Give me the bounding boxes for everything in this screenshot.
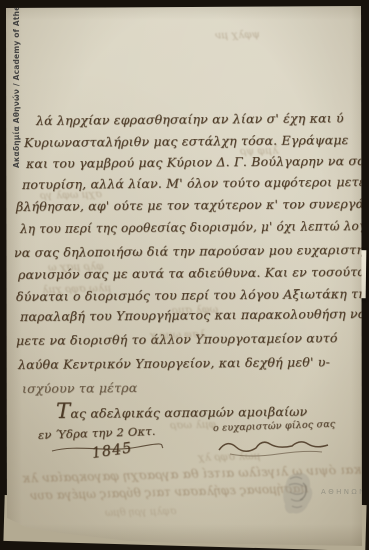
handwritten-line: να σας δηλοποιήσω διά την παρούσαν μου ε…: [14, 243, 369, 260]
bleedthrough-mark: σχμ ωφλ γρ: [40, 189, 102, 201]
handwritten-line: λαύθα Κεντρικόν Υπουργείον, και δεχθή με…: [18, 355, 330, 371]
athena-head-icon: [281, 471, 315, 517]
handwritten-line: ισχύουν τα μέτρα: [22, 381, 137, 396]
bleedthrough-mark: μωλ σφρ λχ: [198, 451, 261, 463]
bleedthrough-line: σφλμ γρη θμω: [105, 507, 177, 519]
letter-page: Ακαδημία Αθηνών / Academy of Athens ψφλχ…: [0, 0, 369, 550]
bleedthrough-mark: μλω σφρ χμλ: [42, 283, 112, 295]
bleedthrough-mark: ψφλχ μν: [215, 29, 260, 41]
bleedthrough-line: πασήμονας εφήλασαν ταις θύραις ωμέγα συν: [30, 482, 309, 501]
handwritten-line: και του γαμβρού μας Κύριον Δ. Γ. Βούλγαρ…: [26, 154, 369, 171]
handwritten-line: Κυριωνασταλήριθν μας εστάλχη τόσα. Εγράψ…: [24, 133, 349, 150]
bleedthrough-mark: λσφ ωμρ χ: [150, 329, 206, 341]
bleedthrough-mark: φλρ μσχ ω: [48, 261, 104, 273]
handwritten-line: λά ληρχίαν εφρασθησαίην αν λίαν σ' έχη κ…: [36, 111, 344, 127]
seal-label: ΑΘΗΝΩΝ: [321, 488, 367, 496]
dateline: εν Ύδρα την 2 Οκτ.: [38, 425, 156, 442]
bleedthrough-mark: ωφλ σμρ: [172, 304, 218, 316]
closing-valediction: ο ευχαριστών φίλος σας: [213, 420, 336, 435]
bleedthrough-mark: λμφ ψρ: [240, 145, 279, 157]
bleedthrough-mark: φμλ ωσρ: [170, 419, 216, 431]
handwritten-line: λη του περί της οροθεσίας διορισμόν, μ' …: [20, 220, 369, 236]
scanned-letter-canvas: Ακαδημία Αθηνών / Academy of Athens ψφλχ…: [0, 0, 369, 550]
year-text: 1845: [91, 441, 134, 462]
